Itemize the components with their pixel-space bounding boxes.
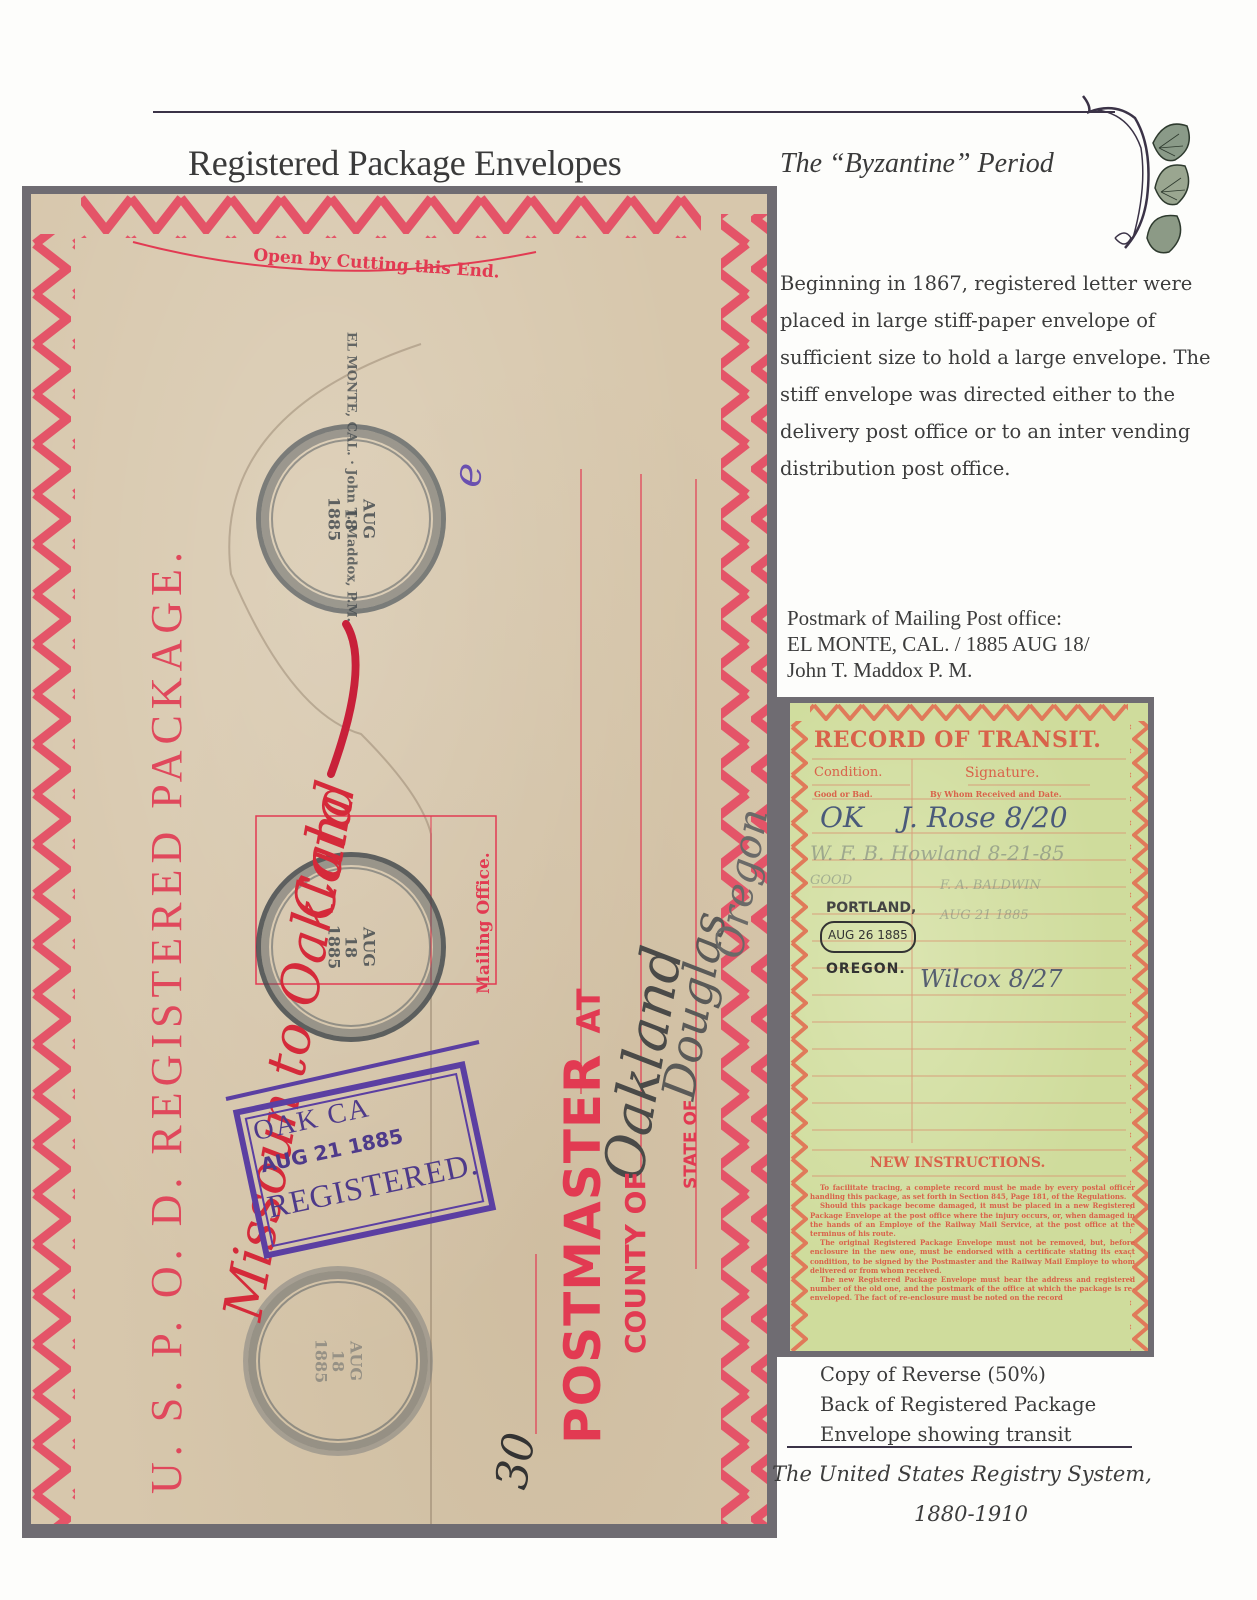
page-subtitle: The “Byzantine” Period [780, 148, 1054, 180]
mailing-office-label: Mailing Office. [474, 852, 494, 994]
new-instructions-body: To facilitate tracing, a complete record… [810, 1183, 1135, 1303]
transit-entry-signature: J. Rose 8/20 [900, 801, 1068, 834]
good-stamp-date: AUG 26 1885 [828, 928, 908, 942]
transit-entry-signature: Wilcox 8/27 [920, 965, 1063, 993]
postmaster-label: POSTMASTERAT [554, 987, 612, 1444]
postmark-note: Postmark of Mailing Post office: EL MONT… [787, 605, 1187, 683]
bottom-divider [787, 1446, 1132, 1448]
card-caption: Copy of Reverse (50%) Back of Registered… [820, 1360, 1160, 1450]
oregon-stamp-bottom: OREGON. [826, 961, 906, 977]
footer-years: 1880-1910 [914, 1502, 1028, 1526]
postmark-date: AUG 18 1885 [325, 497, 378, 542]
transit-entry-condition: OK [820, 801, 864, 834]
portland-stamp-top: PORTLAND, [826, 900, 916, 916]
top-divider [153, 111, 1083, 113]
footer-title: The United States Registry System, [772, 1462, 1152, 1486]
record-of-transit-card: RECORD OF TRANSIT. Condition. Signature.… [790, 703, 1148, 1351]
new-instructions-title: NEW INSTRUCTIONS. [870, 1155, 1045, 1171]
intro-paragraph: Beginning in 1867, registered letter wer… [780, 265, 1220, 487]
page-title: Registered Package Envelopes [188, 142, 621, 184]
state-label: STATE OF [681, 1099, 701, 1189]
signature-subheader: By Whom Received and Date. [930, 789, 1062, 799]
envelope-side-title: U. S. P. O. D. REGISTERED PACKAGE. [141, 194, 192, 1494]
condition-subheader: Good or Bad. [814, 789, 873, 799]
record-of-transit-title: RECORD OF TRANSIT. [814, 727, 1101, 753]
registry-number: 30 [486, 1429, 546, 1493]
transit-entry-signature: AUG 21 1885 [940, 908, 1029, 923]
registered-package-envelope: Open by Cutting this End. U. S. P. O. D.… [31, 194, 767, 1524]
transit-entry-condition: GOOD [810, 873, 852, 888]
transit-entry-signature: W. F. B. Howland 8-21-85 [810, 841, 1065, 865]
county-label: COUNTY OF [619, 1171, 652, 1354]
condition-header: Condition. [814, 765, 882, 780]
good-handstamp: AUG 26 1885 [820, 921, 916, 953]
transit-entry-signature: F. A. BALDWIN [940, 878, 1041, 893]
el-monte-postmark: EL MONTE, CAL. · John T. Maddox, P.M. AU… [256, 424, 446, 614]
ginkgo-ornament-icon [1055, 88, 1195, 258]
postmark-date: AUG 18 1885 [312, 1339, 365, 1384]
signature-header: Signature. [965, 765, 1039, 781]
